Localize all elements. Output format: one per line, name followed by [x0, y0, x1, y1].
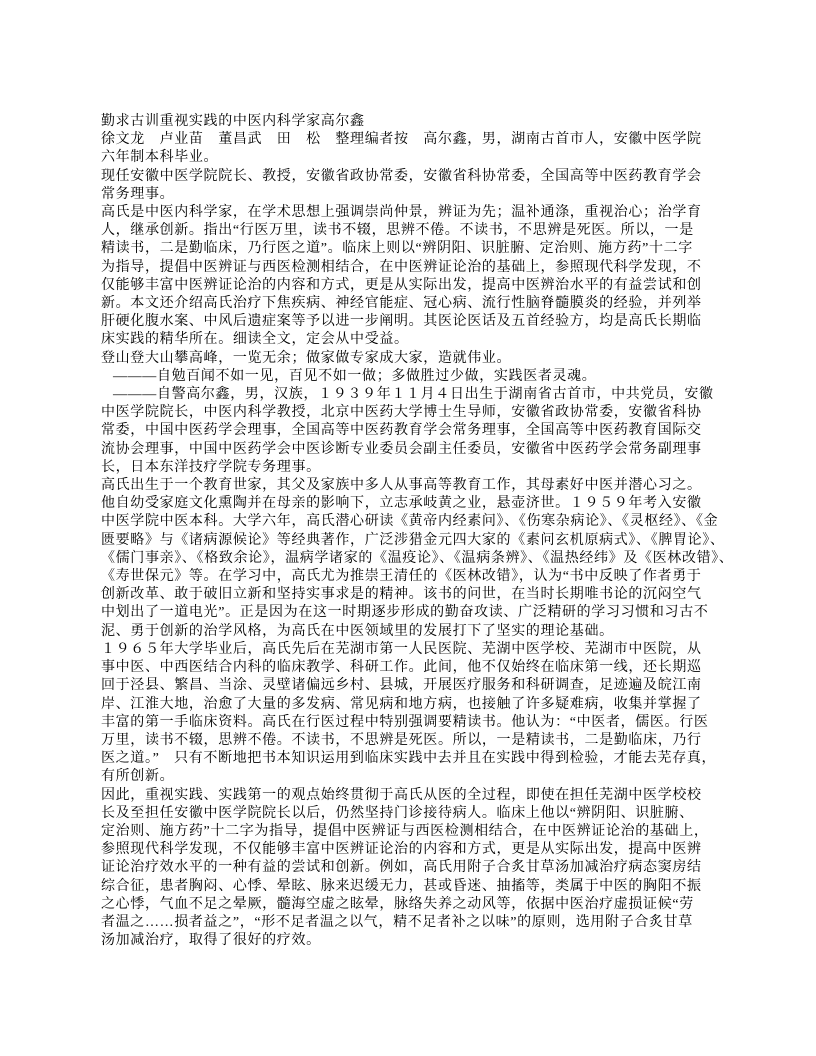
text-line: 丰富的第一手临床资料。高氏在行医过程中特别强调要精读书。他认为：“中医者，儒医。… — [101, 714, 721, 732]
text-line: 为指导，提倡中医辨证与西医检测相结合，在中医辨证论治的基础上，参照现代科学发现，… — [101, 259, 721, 277]
text-line: 参照现代科学发现，不仅能够丰富中医辨证论治的内容和方式，更是从实际出发，提高中医… — [101, 841, 721, 859]
text-line: 因此，重视实践、实践第一的观点始终贯彻于高氏从医的全过程，即使在担任芜湖中医学校… — [101, 787, 721, 805]
text-line: 医之道。” 只有不断地把书本知识运用到临床实践中去并且在实践中得到检验，才能去芜… — [101, 750, 721, 768]
self-motto-line: ———自警高尔鑫，男，汉族，１９３９年１１月４日出生于湖南省古首市，中共党员，安… — [101, 386, 721, 404]
document-body: 勤求古训重视实践的中医内科学家高尔鑫徐文龙 卢业苗 董昌武 田 松 整理编者按 … — [101, 113, 721, 950]
text-line: 《寿世保元》等。在学习中，高氏尤为推崇王清任的《医林改错》，认为“书中反映了作者… — [101, 568, 721, 586]
text-line: 创新改革、敢于破旧立新和坚持实事求是的精神。该书的问世，在当时长期唯书论的沉闷空… — [101, 586, 721, 604]
text-line: 回于泾县、繁昌、当涂、灵壁诸偏远乡村、县城，开展医疗服务和科研调查，足迹遍及皖江… — [101, 677, 721, 695]
document-page: 勤求古训重视实践的中医内科学家高尔鑫徐文龙 卢业苗 董昌武 田 松 整理编者按 … — [0, 0, 816, 1056]
text-line: 中医学院中医本科。大学六年，高氏潜心研读《黄帝内经素问》、《伤寒杂病论》、《灵枢… — [101, 513, 721, 531]
text-line: 岸、江淮大地，治愈了大量的多发病、常见病和地方病，也接触了许多疑难病，收集并掌握… — [101, 696, 721, 714]
text-line: 中划出了一道电光”。正是因为在这一时期逐步形成的勤奋攻读、广泛精研的学习习惯和习… — [101, 604, 721, 622]
self-motto-line: ———自勉百闻不如一见，百见不如一做；多做胜过少做，实践医者灵魂。 — [101, 368, 721, 386]
text-line: 床实践的精华所在。细读全文，定会从中受益。 — [101, 331, 721, 349]
text-line: 他自幼受家庭文化熏陶并在母亲的影响下，立志承岐黄之业，悬壶济世。１９５９年考入安… — [101, 495, 721, 513]
text-line: 长及至担任安徽中医学院院长以后，仍然坚持门诊接待病人。临床上他以“辨阴阳、识脏腑… — [101, 805, 721, 823]
text-line: 者温之……损者益之”，“形不足者温之以气，精不足者补之以味”的原则，选用附子合炙… — [101, 914, 721, 932]
text-line: 高氏是中医内科学家，在学术思想上强调崇尚仲景，辨证为先；温补通涤，重视治心；治学… — [101, 204, 721, 222]
text-line: 事中医、中西医结合内科的临床教学、科研工作。此间，他不仅始终在临床第一线，还长期… — [101, 659, 721, 677]
text-line: 常务理事。 — [101, 186, 721, 204]
text-line: 之心悸，气血不足之晕厥，髓海空虚之眩晕，脉络失养之动风等，依据中医治疗虚损证候“… — [101, 896, 721, 914]
text-line: 流协会理事，中国中医药学会中医诊断专业委员会副主任委员，安徽省中医药学会常务副理… — [101, 441, 721, 459]
text-line: 证论治疗效水平的一种有益的尝试和创新。例如，高氏用附子合炙甘草汤加减治疗病态窦房… — [101, 859, 721, 877]
text-line: 现任安徽中医学院院长、教授，安徽省政协常委，安徽省科协常委，全国高等中医药教育学… — [101, 168, 721, 186]
text-line: 人，继承创新。指出“行医万里，读书不辍，思辨不倦。不读书，不思辨是死医。所以，一… — [101, 222, 721, 240]
text-line: 常委，中国中医药学会理事，全国高等中医药教育学会常务理事，全国高等中医药教育国际… — [101, 422, 721, 440]
text-line: 综合征，患者胸闷、心悸、晕眩、脉来迟缓无力，甚或昏迷、抽搐等，类属于中医的胸阳不… — [101, 878, 721, 896]
text-line: 精读书，二是勤临床，乃行医之道”。临床上则以“辨阴阳、识脏腑、定治则、施方药”十… — [101, 240, 721, 258]
document-title: 勤求古训重视实践的中医内科学家高尔鑫 — [101, 113, 721, 131]
text-line: 登山登大山攀高峰，一览无余；做家做专家成大家，造就伟业。 — [101, 350, 721, 368]
text-line: 肝硬化腹水案、中风后遗症案等予以进一步阐明。其医论医话及五首经验方，均是高氏长期… — [101, 313, 721, 331]
text-line: 《儒门事亲》、《格致余论》，温病学诸家的《温疫论》、《温病条辨》、《温热经纬》及… — [101, 550, 721, 568]
text-line: 汤加减治疗，取得了很好的疗效。 — [101, 932, 721, 950]
text-line: 高氏出生于一个教育世家，其父及家族中多人从事高等教育工作，其母素好中医并潜心习之… — [101, 477, 721, 495]
text-line: 长，日本东洋技疗学院专务理事。 — [101, 459, 721, 477]
text-line: １９６５年大学毕业后，高氏先后在芜湖市第一人民医院、芜湖中医学校、芜湖市中医院，… — [101, 641, 721, 659]
text-line: 有所创新。 — [101, 768, 721, 786]
text-line: 定治则、施方药”十二字为指导，提倡中医辨证与西医检测相结合，在中医辨证论治的基础… — [101, 823, 721, 841]
byline: 徐文龙 卢业苗 董昌武 田 松 整理编者按 高尔鑫，男，湖南古首市人，安徽中医学… — [101, 131, 721, 149]
text-line: 仅能够丰富中医辨证论治的内容和方式，更是从实际出发，提高中医辨治水平的有益尝试和… — [101, 277, 721, 295]
text-line: 中医学院院长，中医内科学教授，北京中医药大学博士生导师，安徽省政协常委，安徽省科… — [101, 404, 721, 422]
text-line: 万里，读书不辍，思辨不倦。不读书，不思辨是死医。所以，一是精读书，二是勤临床，乃… — [101, 732, 721, 750]
text-line: 新。本文还介绍高氏治疗下焦疾病、神经官能症、冠心病、流行性脑脊髓膜炎的经验，并列… — [101, 295, 721, 313]
text-line: 六年制本科毕业。 — [101, 149, 721, 167]
text-line: 泥、勇于创新的治学风格，为高氏在中医领域里的发展打下了坚实的理论基础。 — [101, 623, 721, 641]
text-line: 匮要略》与《诸病源候论》等经典著作，广泛涉猎金元四大家的《素问玄机原病式》、《脾… — [101, 532, 721, 550]
